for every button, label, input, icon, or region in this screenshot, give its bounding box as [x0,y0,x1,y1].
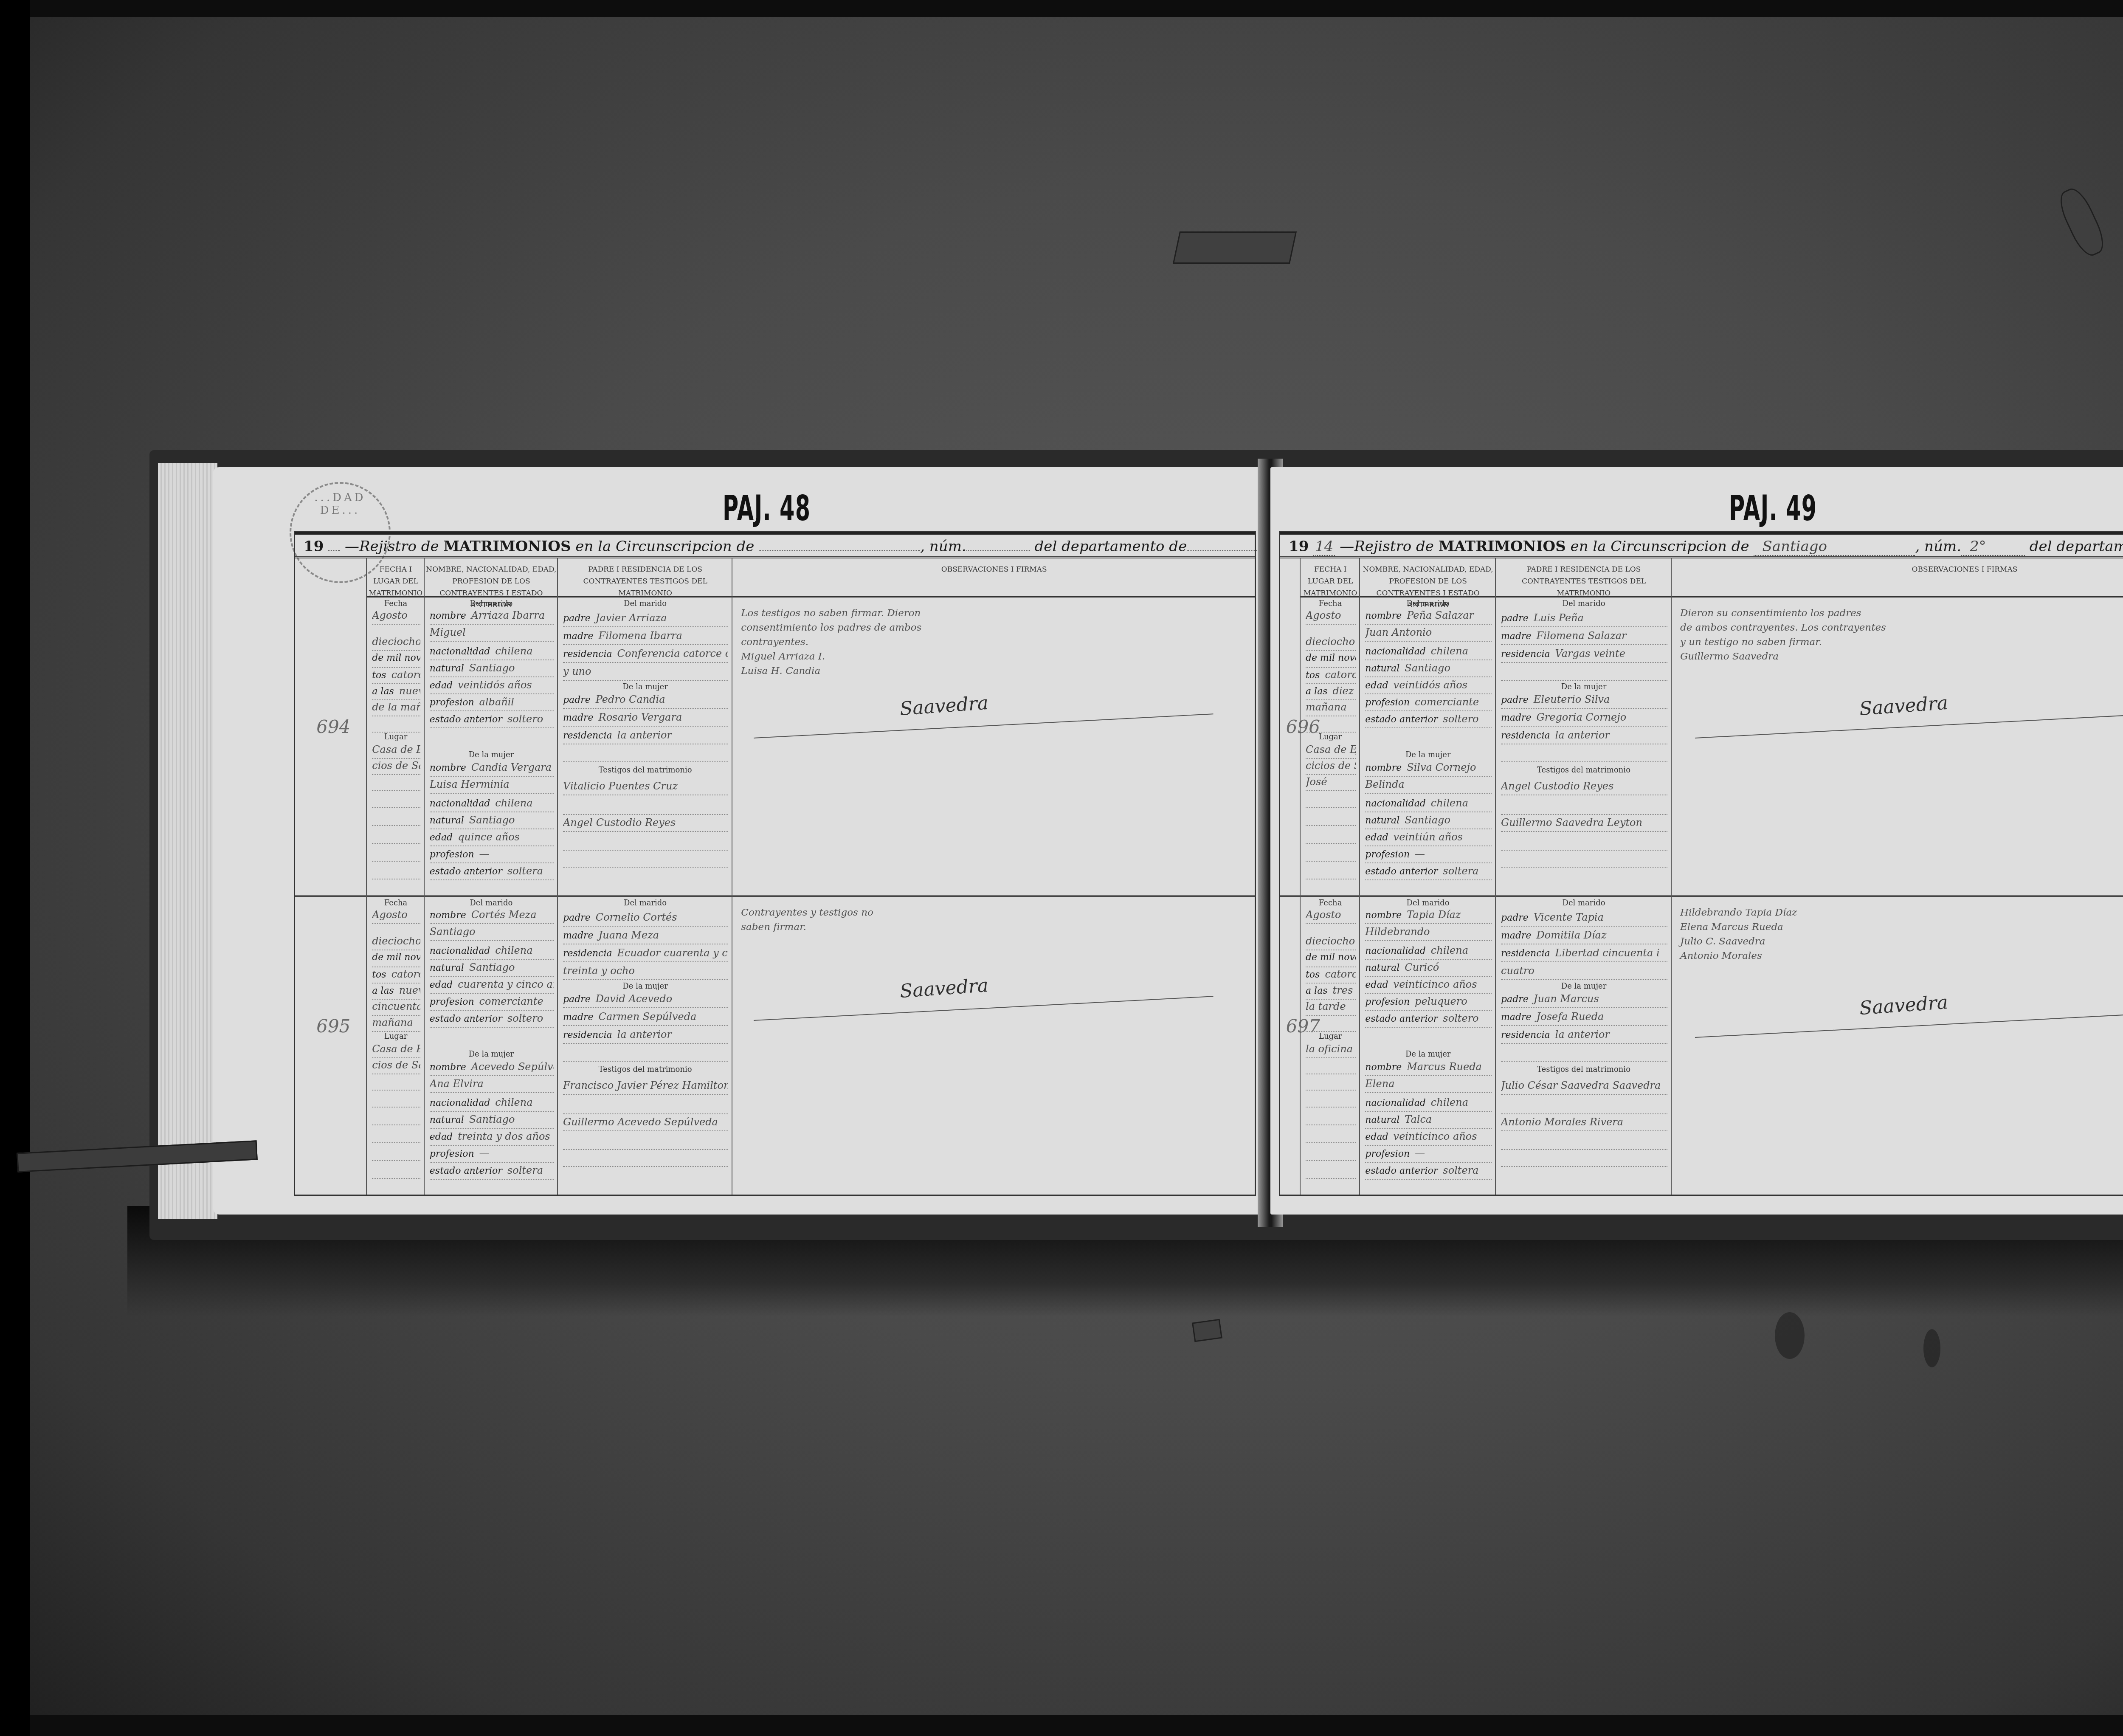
mujer-edad-value: veinticinco años [1394,1130,1477,1142]
fecha-month: Agosto [1306,609,1356,625]
mujer-residencia: residenciala anterior [563,729,728,744]
blank-rule [563,1135,728,1150]
marido-residencia: residenciaConferencia catorce cuarenta [563,648,728,663]
marido-profesion: profesioncomerciante [430,995,554,1011]
year-value-label: tos [1306,969,1320,980]
mujer-profesion: profesion— [430,1147,554,1163]
mujer-profesion-label: profesion [1365,1149,1410,1159]
tape-mark [2054,184,2109,260]
mujer-madre-label: madre [1501,1012,1532,1023]
page-48: ...DAD DE... PAJ. 48 19 —Rejistro de MAT… [213,467,1275,1215]
mujer-madre-value: Gregoria Cornejo [1537,711,1627,723]
mujer-padre: padrePedro Candia [563,693,728,709]
page-block-left [158,463,217,1219]
marido-estado-anterior-value: soltero [1443,1012,1478,1024]
marido-padre-value: Javier Arriaza [596,612,667,624]
hour-value-cont: de la mañana [372,701,420,716]
blank-rule [1306,1092,1356,1108]
del-marido-heading: Del marido [425,599,558,608]
blank-rule [563,1046,728,1062]
marido-edad-label: edad [1365,980,1388,990]
mujer-estado-anterior-label: estado anterior [430,866,502,877]
contrayentes-column: Nombre, nacionalidad, edad, profesion de… [424,558,558,1195]
observaciones-line: Miguel Arriaza I. [741,649,1249,664]
blank-rule [1306,829,1356,844]
observaciones-text: Dieron su consentimiento los padresde am… [1680,606,2123,664]
register-entry: Los testigos no saben firmar. Dieroncons… [732,597,1256,897]
register-year-suffix: 14 [1313,538,1335,556]
mujer-profesion-label: profesion [430,1149,474,1159]
lugar-label: Lugar [367,733,425,741]
mujer-profesion: profesion— [1365,1147,1492,1163]
marido-padre-label: padre [563,913,591,923]
marido-nombre-value: Arriaza Ibarra [471,609,545,621]
register-entry: Contrayentes y testigos nosaben firmar.S… [732,897,1256,1195]
testigo-1: Angel Custodio Reyes [1501,780,1667,795]
hour-value-cont-value: la tarde [1306,1000,1346,1012]
circunscripcion-field [759,550,920,551]
register-frame: 19 —Rejistro de MATRIMONIOS en la Circun… [294,531,1256,1196]
hour-value-cont: mañana [372,1017,420,1032]
observaciones-text: Los testigos no saben firmar. Dieroncons… [741,606,1249,678]
mujer-edad-label: edad [430,1132,453,1142]
testigo-2-value: Guillermo Acevedo Sepúlveda [563,1116,718,1128]
marido-edad-label: edad [430,680,453,691]
lugar-label: Lugar [367,1032,425,1041]
testigo-2: Guillermo Acevedo Sepúlveda [563,1116,728,1131]
padres-testigos-column: Padre i residencia de los contrayentes t… [1495,558,1672,1195]
year-value: toscatorce [1306,968,1356,984]
lugar-value-value: Casa de Ejerci- [372,1043,420,1055]
mujer-madre: madreGregoria Cornejo [1501,711,1667,727]
marido-nacionalidad: nacionalidadchilena [1365,645,1492,660]
blank-rule [372,1164,420,1179]
mujer-nombre-value: Marcus Rueda [1407,1061,1482,1073]
circunscripcion-field: Santiago [1754,538,1915,556]
observaciones-text: Contrayentes y testigos nosaben firmar. [741,905,1249,934]
marido-nombre-cont: Miguel [430,626,554,642]
hour-value-cont-value: cincuenta de la [372,1000,420,1012]
marido-natural: naturalSantiago [1365,662,1492,677]
mujer-nacionalidad: nacionalidadchilena [1365,797,1492,812]
register-title-bold: MATRIMONIOS [1439,538,1566,555]
fecha-month-value: Agosto [372,909,408,921]
testigo-2-value: Antonio Morales Rivera [1501,1116,1623,1128]
mujer-madre-label: madre [1501,713,1532,723]
lugar-value-cont [372,776,420,791]
mujer-residencia: residenciala anterior [1501,729,1667,744]
lugar-label: Lugar [1301,733,1360,741]
de-la-mujer-heading: De la mujer [1496,982,1672,991]
register-title-text: —Rejistro de [345,538,439,555]
mujer-profesion-label: profesion [1365,849,1410,860]
register-entry: 695 [295,897,366,1195]
marido-padre-value: Luis Peña [1534,612,1584,624]
testigo-2: Guillermo Saavedra Leyton [1501,817,1667,832]
year-text-label: de mil novecien- [1306,952,1356,963]
marido-edad: edadveintidós años [1365,679,1492,694]
mujer-residencia-value: la anterior [1555,729,1610,741]
testigo-2-value: Angel Custodio Reyes [563,817,676,829]
register-entry: 694 [295,597,366,897]
marido-profesion-label: profesion [430,697,474,708]
marido-residencia-value: Vargas veinte [1555,648,1625,659]
register-entry: Del maridonombreTapia DíazHildebrandonac… [1360,897,1496,1195]
lugar-value-cont: cios de San José [372,760,420,775]
scan-background: ...DAD DE... PAJ. 48 19 —Rejistro de MAT… [0,0,2123,1736]
mujer-natural-label: natural [430,1115,464,1125]
hour-value-label: a las [372,686,394,697]
marido-nombre: nombrePeña Salazar [1365,609,1492,625]
year-text: de mil novecien- [372,952,420,967]
column-header: Observaciones i firmas [732,558,1256,597]
marido-profesion-label: profesion [1365,997,1410,1007]
mujer-residencia: residenciala anterior [563,1029,728,1044]
marido-profesion-value: comerciante [479,995,543,1007]
hour-value-cont [1306,1017,1356,1032]
mujer-madre-value: Josefa Rueda [1537,1011,1604,1023]
scan-border-left [0,0,30,1736]
fecha-lugar-column: Fecha i lugar del matrimonioFechaAgostod… [366,558,425,1195]
fecha-month: Agosto [372,609,420,625]
tape-mark [1192,1319,1222,1342]
mujer-residencia-value: la anterior [617,1029,672,1040]
marido-residencia-cont: y uno [563,665,728,681]
year-text: de mil novecien- [1306,952,1356,967]
register-entry: 696 [1280,597,1300,897]
fecha-month-value: Agosto [1306,609,1341,621]
fecha-day: dieciocho [1306,636,1356,651]
mujer-natural-value: Talca [1405,1113,1432,1125]
mujer-natural: naturalTalca [1365,1113,1492,1129]
num-field [966,550,1030,551]
marido-madre: madreFilomena Salazar [1501,630,1667,645]
marido-nombre-cont: Santiago [430,926,554,941]
marido-nombre: nombreArriaza Ibarra [430,609,554,625]
mujer-nacionalidad-value: chilena [495,797,532,809]
marido-padre: padreLuis Peña [1501,612,1667,627]
registrar-signature: Saavedra [899,692,989,720]
marido-natural-value: Curicó [1405,961,1439,973]
mujer-nacionalidad-value: chilena [1431,1096,1468,1108]
hour-value-label: a las [372,986,394,996]
mujer-nacionalidad-label: nacionalidad [1365,1098,1426,1108]
de-la-mujer-heading: De la mujer [1496,682,1672,691]
mujer-nombre-value: Silva Cornejo [1407,761,1476,773]
year-text: de mil novecien- [372,653,420,668]
mujer-nombre: nombreSilva Cornejo [1365,761,1492,777]
blank-rule [372,1092,420,1108]
marido-estado-anterior: estado anteriorsoltero [1365,713,1492,728]
year-value: toscatorce [372,968,420,984]
register-title-bar: 19 14 —Rejistro de MATRIMONIOS en la Cir… [1280,532,2123,558]
fecha-day: dieciocho [1306,935,1356,950]
mujer-estado-anterior-label: estado anterior [430,1166,502,1176]
mujer-nombre-value: Candia Vergara [471,761,552,773]
mujer-estado-anterior-value: soltera [1443,1164,1478,1176]
mujer-nombre-cont: Luisa Herminia [430,778,554,794]
blank-rule [563,800,728,815]
marido-nombre-cont-value: Hildebrando [1365,926,1430,938]
testigo-2: Angel Custodio Reyes [563,817,728,832]
marido-edad: edadveintidós años [430,679,554,694]
year-value-value: catorce [1325,669,1356,681]
observaciones-line: de ambos contrayentes. Los contrayentes [1680,620,2123,635]
mujer-madre: madreJosefa Rueda [1501,1011,1667,1026]
year-text: de mil novecien- [1306,653,1356,668]
lugar-value-cont-value: José [1306,776,1327,788]
scan-border-top [0,0,2123,17]
testigo-2: Antonio Morales Rivera [1501,1116,1667,1131]
register-entry: Hildebrando Tapia DíazElena Marcus Rueda… [1672,897,2123,1195]
marido-natural-label: natural [430,663,464,674]
marido-madre-value: Filomena Ibarra [599,630,682,642]
margin-column: 694695 [295,558,366,1195]
blank-rule [1306,811,1356,826]
marido-nacionalidad: nacionalidadchilena [430,645,554,660]
mujer-residencia-label: residencia [1501,1030,1550,1040]
hour-value-value: diez de la [1333,685,1356,697]
marido-estado-anterior-value: soltero [507,713,543,725]
marido-madre-label: madre [1501,631,1532,642]
testigos-heading: Testigos del matrimonio [1496,1065,1672,1074]
marido-nombre-label: nombre [1365,611,1402,621]
tape-mark [1173,231,1297,264]
marido-nombre: nombreTapia Díaz [1365,909,1492,924]
mujer-natural: naturalSantiago [430,1113,554,1129]
testigo-1-value: Angel Custodio Reyes [1501,780,1613,792]
observaciones-text: Hildebrando Tapia DíazElena Marcus Rueda… [1680,905,2123,963]
marido-natural-label: natural [430,963,464,973]
de-la-mujer-heading: De la mujer [558,682,732,691]
blank-rule [372,1128,420,1143]
mujer-nombre-cont-value: Luisa Herminia [430,778,510,790]
observaciones-line: consentimiento los padres de ambos [741,620,1249,635]
testigo-1-value: Vitalicio Puentes Cruz [563,780,678,792]
mujer-nombre-cont-value: Elena [1365,1078,1394,1090]
blank-rule [1501,1152,1667,1167]
mujer-padre-label: padre [1501,695,1529,705]
marido-nombre: nombreCortés Meza [430,909,554,924]
mujer-nombre-label: nombre [430,763,466,773]
blank-rule [1306,1164,1356,1179]
mujer-madre-label: madre [563,713,594,723]
mujer-nombre-label: nombre [430,1062,466,1073]
marido-edad-label: edad [1365,680,1388,691]
mujer-estado-anterior: estado anteriorsoltera [430,1164,554,1180]
column-header: Nombre, nacionalidad, edad, profesion de… [1360,558,1496,597]
register-entry: Del maridopadreJavier ArriazamadreFilome… [558,597,732,897]
hour-value-cont: mañana [1306,701,1356,716]
register-title-bold: MATRIMONIOS [443,538,571,555]
blank-rule [1501,1099,1667,1114]
mujer-nacionalidad-label: nacionalidad [1365,798,1426,809]
marido-estado-anterior-label: estado anterior [430,714,502,725]
testigo-1-value: Julio César Saavedra Saavedra [1501,1079,1661,1091]
marido-profesion: profesioncomerciante [1365,696,1492,711]
scan-border-bottom [0,1715,2123,1736]
hour-value: a lastres de [1306,984,1356,1000]
observaciones-line: Luisa H. Candia [741,664,1249,678]
marido-edad: edadcuarenta y cinco años [430,978,554,994]
marido-natural: naturalCuricó [1365,961,1492,977]
register-columns: 694695Fecha i lugar del matrimonioFechaA… [295,558,1255,1195]
blank-rule [1501,835,1667,851]
blank-rule [1501,1046,1667,1062]
mujer-nombre-label: nombre [1365,763,1402,773]
mujer-nombre-cont-value: Ana Elvira [430,1078,484,1090]
register-frame: 19 14 —Rejistro de MATRIMONIOS en la Cir… [1279,531,2123,1196]
testigos-heading: Testigos del matrimonio [558,1065,732,1074]
del-marido-heading: Del marido [425,899,558,907]
lugar-value-cont [1306,1059,1356,1074]
departamento-label: del departamento de [1035,538,1187,555]
year-text-label: de mil novecien- [1306,653,1356,663]
marido-nacionalidad-value: chilena [1431,944,1468,956]
de-la-mujer-heading: De la mujer [1360,1050,1496,1059]
fecha-day-value: dieciocho [372,935,420,947]
mujer-edad: edadveinticinco años [1365,1130,1492,1146]
register-columns: 696697Fecha i lugar del matrimonioFechaA… [1280,558,2123,1195]
mujer-natural-value: Santiago [469,814,515,826]
blank-rule [1501,1135,1667,1150]
observaciones-line: Hildebrando Tapia Díaz [1680,905,2123,920]
testigo-1: Julio César Saavedra Saavedra [1501,1079,1667,1095]
mujer-natural: naturalSantiago [430,814,554,829]
marido-residencia-cont-value: cuatro [1501,965,1535,977]
blank-rule [1501,800,1667,815]
mujer-nombre: nombreMarcus Rueda [1365,1061,1492,1076]
blank-rule [563,1152,728,1167]
marido-nacionalidad-label: nacionalidad [430,646,490,657]
del-marido-heading: Del marido [558,599,732,608]
mujer-padre-value: David Acevedo [596,993,672,1005]
blank-rule [1306,864,1356,879]
lugar-value: Casa de Ejerci- [372,1043,420,1058]
mujer-edad-value: treinta y dos años [458,1130,550,1142]
marido-profesion-label: profesion [430,997,474,1007]
mujer-profesion-label: profesion [430,849,474,860]
marido-nombre-value: Tapia Díaz [1407,909,1461,921]
mujer-edad: edadquince años [430,831,554,846]
register-entry: Dieron su consentimiento los padresde am… [1672,597,2123,897]
marido-natural-label: natural [1365,963,1399,973]
mujer-profesion-value: — [1415,1147,1425,1159]
marido-natural: naturalSantiago [430,662,554,677]
fecha-label: Fecha [367,599,425,608]
signature-flourish [754,713,1213,738]
year-text-label: de mil novecien- [372,952,420,963]
blank-rule [372,846,420,862]
testigo-1-value: Francisco Javier Pérez Hamilton [563,1079,728,1091]
register-entry: FechaAgostodieciochode mil novecien-tosc… [1301,597,1360,897]
marido-estado-anterior-label: estado anterior [1365,714,1438,725]
register-entry: FechaAgostodieciochode mil novecien-tosc… [367,597,425,897]
marido-nacionalidad-value: chilena [495,944,532,956]
marido-residencia-cont-value: treinta y ocho [563,965,635,977]
marido-residencia-value: Ecuador cuarenta y cuatro [617,947,729,959]
num-label: , núm. [1915,538,1961,555]
num-field: 2° [1961,538,2025,556]
marido-madre-value: Domitila Díaz [1537,929,1607,941]
marido-nombre-cont-value: Santiago [430,926,476,938]
fecha-day: dieciocho [372,636,420,651]
marido-madre-value: Filomena Salazar [1537,630,1627,642]
de-la-mujer-heading: De la mujer [425,750,558,759]
margin-entry-number: 695 [316,1016,350,1037]
marido-nombre-cont-value: Miguel [430,626,466,638]
marido-estado-anterior-label: estado anterior [1365,1014,1438,1024]
hour-value: a lasnueve [372,984,420,1000]
mujer-natural-value: Santiago [1405,814,1450,826]
mujer-padre-value: Eleuterio Silva [1534,693,1610,705]
marido-profesion: profesionpeluquero [1365,995,1492,1011]
contrayentes-column: Nombre, nacionalidad, edad, profesion de… [1359,558,1496,1195]
mujer-nombre: nombreAcevedo Sepúlveda [430,1061,554,1076]
marido-residencia-cont [1501,665,1667,681]
marido-nombre-label: nombre [1365,910,1402,921]
mujer-nacionalidad-label: nacionalidad [430,1098,490,1108]
marido-nacionalidad-label: nacionalidad [430,946,490,956]
blank-rule [372,811,420,826]
mujer-profesion: profesion— [430,848,554,863]
marido-madre: madreDomitila Díaz [1501,929,1667,944]
observaciones-line: Contrayentes y testigos no [741,905,1249,920]
mujer-nombre-label: nombre [1365,1062,1402,1073]
marido-estado-anterior: estado anteriorsoltero [430,713,554,728]
marido-nombre-label: nombre [430,611,466,621]
register-year-prefix: 19 [1289,538,1309,555]
mujer-profesion: profesion— [1365,848,1492,863]
fecha-day: dieciocho [372,935,420,950]
testigo-2-value: Guillermo Saavedra Leyton [1501,817,1642,829]
marido-madre-value: Juana Meza [599,929,659,941]
year-value-value: catorce [391,968,420,980]
mujer-nombre-value: Acevedo Sepúlveda [471,1061,554,1073]
year-value-value: catorce [391,669,420,681]
mujer-padre-value: Pedro Candia [596,693,665,705]
mujer-profesion-value: — [1415,848,1425,860]
hour-value-value: tres de [1333,984,1356,996]
marido-residencia-cont: cuatro [1501,965,1667,980]
blank-rule [372,1146,420,1161]
blank-rule [563,835,728,851]
fecha-month-value: Agosto [372,609,408,621]
register-year-suffix [328,550,340,551]
marido-edad-value: veinticinco años [1394,978,1477,990]
mujer-profesion-value: — [479,1147,490,1159]
fecha-day-value: dieciocho [1306,636,1355,648]
mujer-natural: naturalSantiago [1365,814,1492,829]
marido-estado-anterior-value: soltero [1443,713,1478,725]
mujer-padre-value: Juan Marcus [1534,993,1599,1005]
del-marido-heading: Del marido [1496,599,1672,608]
mujer-estado-anterior-value: soltera [507,865,543,877]
observaciones-line: Los testigos no saben firmar. Dieron [741,606,1249,620]
fecha-day-value: dieciocho [372,636,420,648]
lugar-value: Casa de Ejer- [1306,744,1356,759]
year-value-label: tos [1306,670,1320,681]
lugar-value: Casa de Ejerci- [372,744,420,759]
register-entry: FechaAgostodieciochode mil novecien-tosc… [367,897,425,1195]
mujer-estado-anterior-label: estado anterior [1365,1166,1438,1176]
marido-residencia-cont-value: y uno [563,665,591,677]
marido-edad-value: veintidós años [458,679,532,691]
blank-rule [563,1099,728,1114]
observaciones-column: Observaciones i firmasLos testigos no sa… [732,558,1256,1195]
marido-profesion-label: profesion [1365,697,1410,708]
page-number: PAJ. 49 [1729,488,1817,529]
